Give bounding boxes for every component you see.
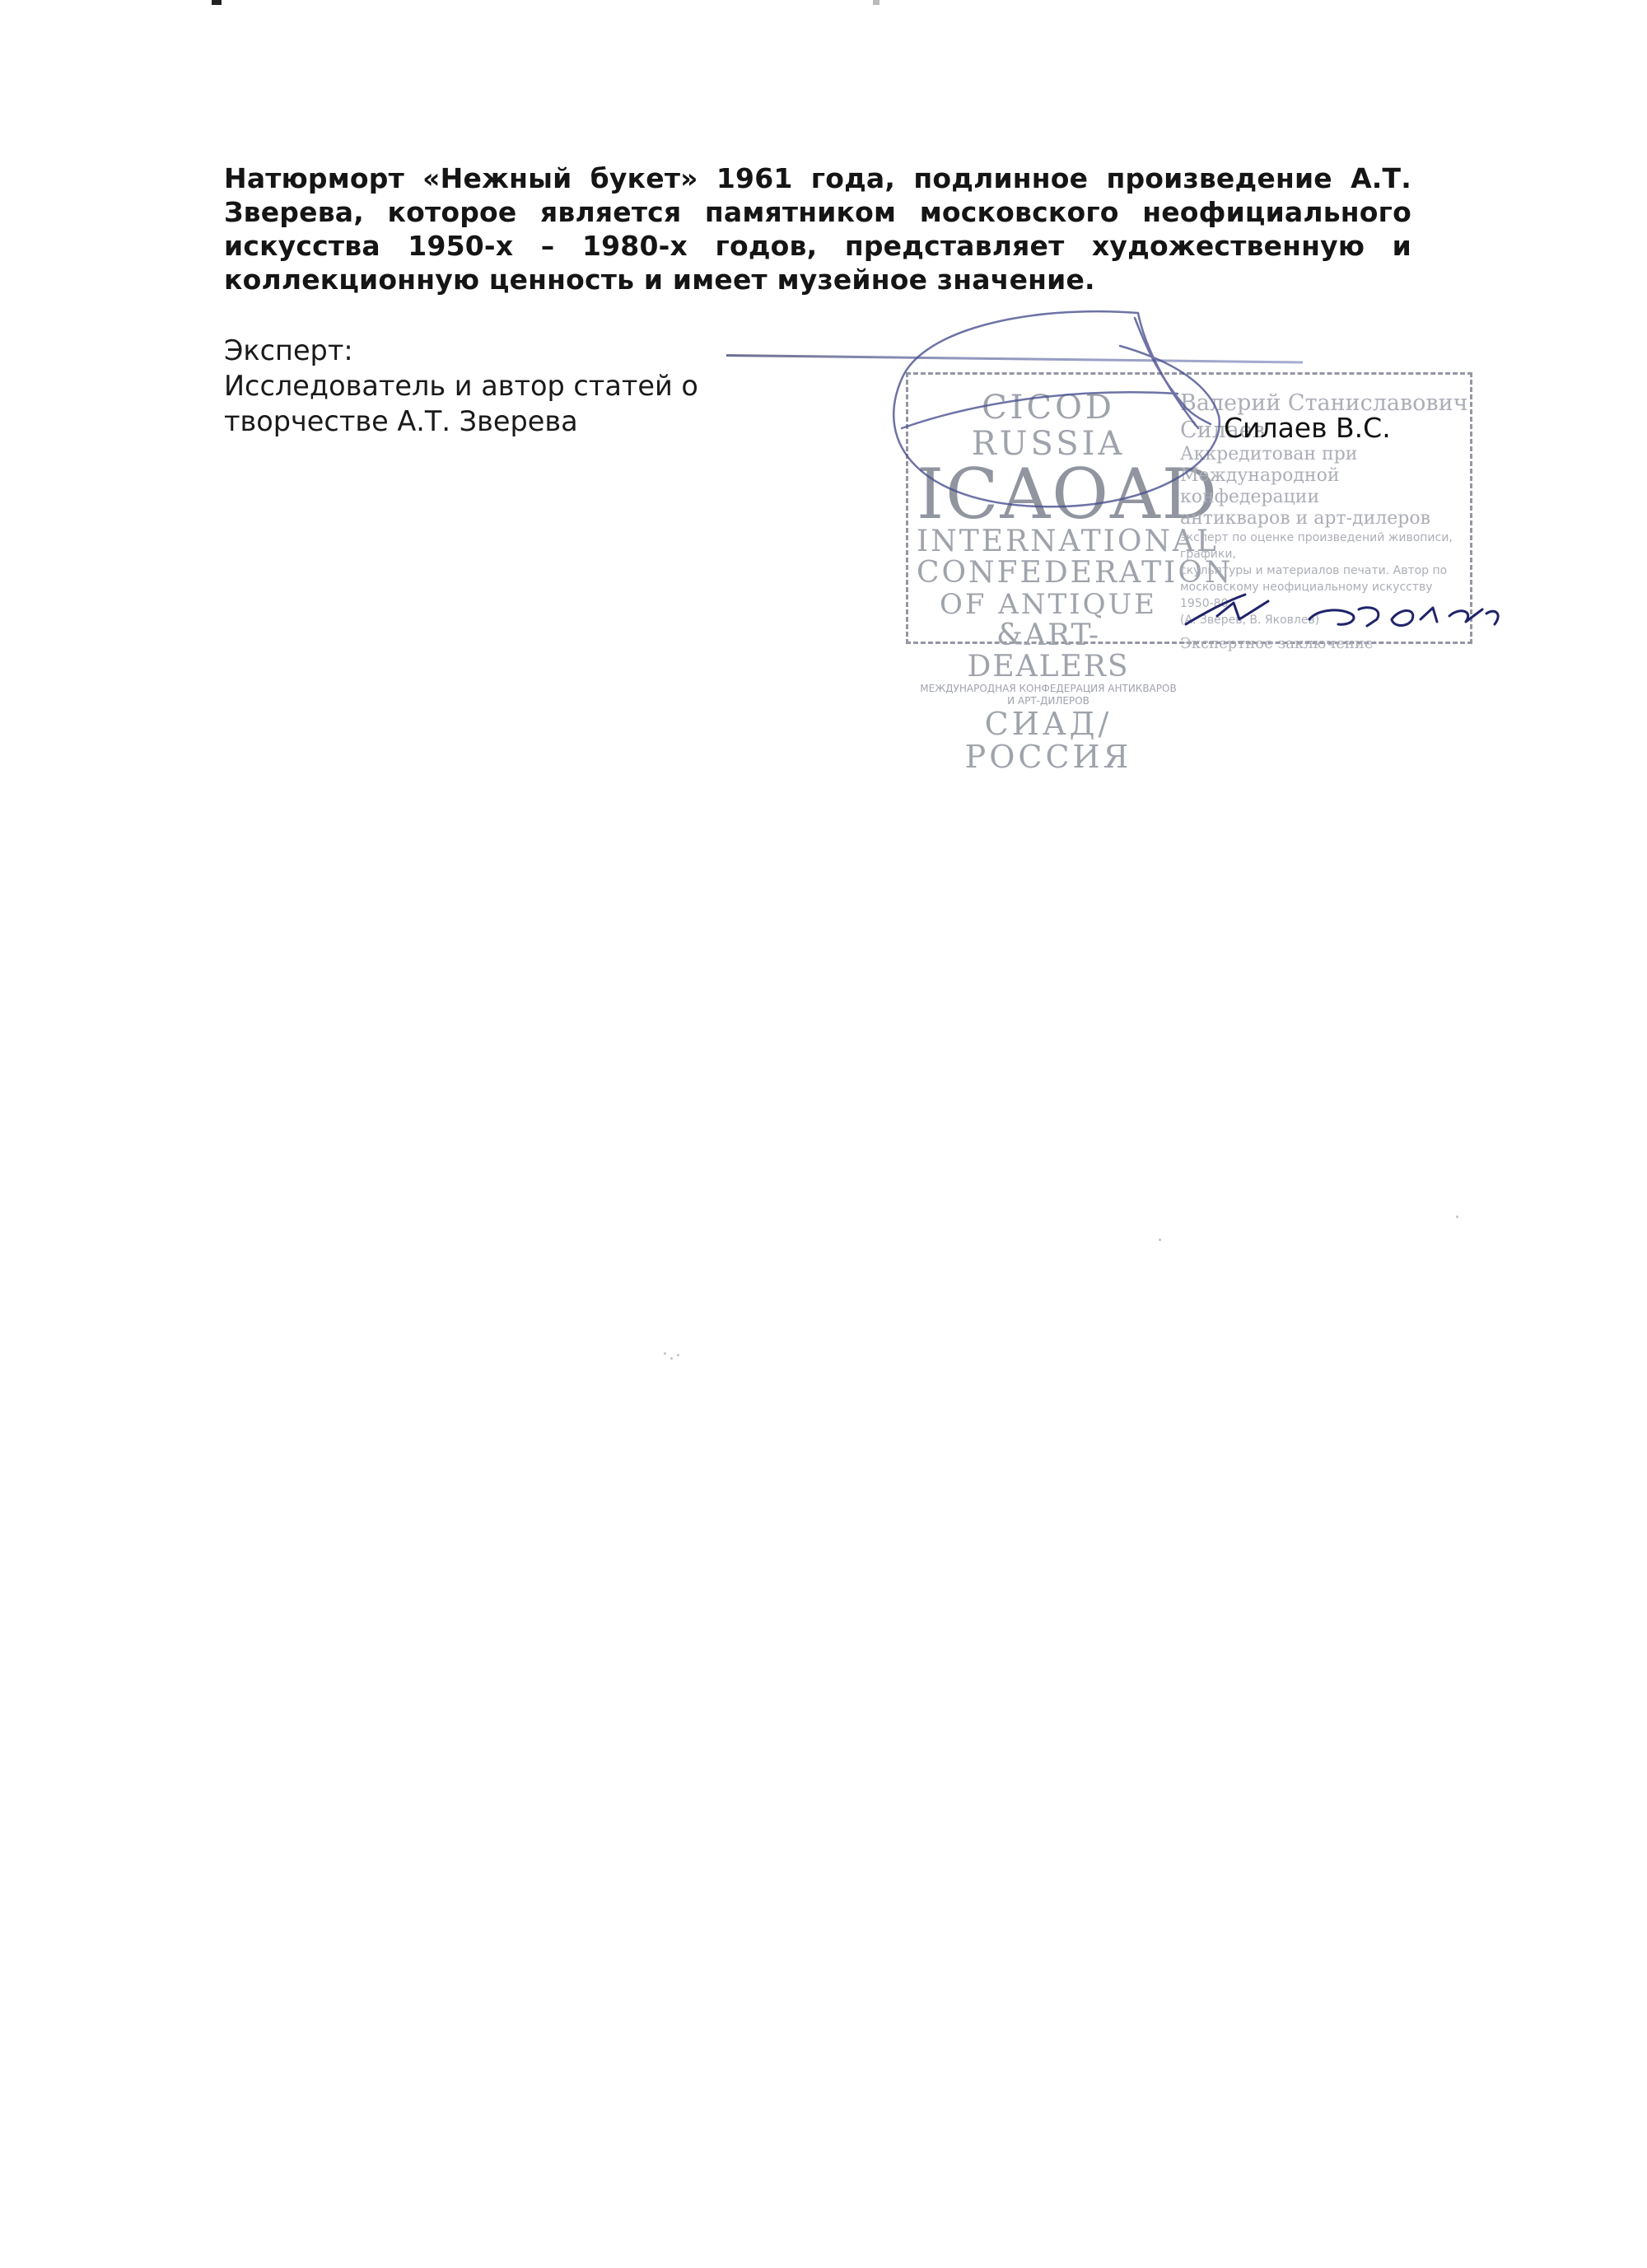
- stamp-small-text: московскому неофициальному искусству 195…: [1180, 579, 1468, 612]
- stamp-small-text: (А. Зверев, В. Яковлев): [1180, 612, 1468, 628]
- stamp-line: CICOD RUSSIA: [917, 390, 1180, 462]
- expert-conclusion-paragraph: Натюрморт «Нежный букет» 1961 года, подл…: [224, 161, 1411, 296]
- expert-title-line-2: творчестве А.Т. Зверева: [224, 404, 698, 439]
- scan-speck: [664, 1352, 666, 1355]
- stamp-logo-block: CICOD RUSSIA ICAOAD INTERNATIONAL CONFED…: [917, 390, 1180, 773]
- stamp-accreditation: Аккредитован при: [1180, 444, 1468, 465]
- expert-title-line-1: Исследователь и автор статей о: [224, 368, 698, 404]
- stamp-small-text: эксперт по оценке произведений живописи,…: [1180, 530, 1468, 562]
- scan-edge-mark: [873, 0, 879, 5]
- stamp-line: МЕЖДУНАРОДНАЯ КОНФЕДЕРАЦИЯ АНТИКВАРОВ И …: [917, 683, 1180, 707]
- stamp-line: OF ANTIQUE: [917, 589, 1180, 620]
- expert-typed-name: Силаев В.С.: [1224, 412, 1391, 444]
- stamp-line: CONFEDERATION: [917, 558, 1180, 589]
- scan-speck: [1456, 1216, 1458, 1218]
- stamp-small-text: скульптуры и материалов печати. Автор по: [1180, 562, 1468, 579]
- stamp-accreditation: антикваров и арт-дилеров: [1180, 508, 1468, 530]
- stamp-expertise-label: Экспертное заключение: [1180, 633, 1468, 655]
- expert-signature-block: Эксперт: Исследователь и автор статей о …: [224, 333, 698, 439]
- expert-label: Эксперт:: [224, 333, 698, 368]
- scan-speck: [670, 1357, 673, 1360]
- stamp-line: INTERNATIONAL: [917, 526, 1180, 558]
- scan-speck: [1159, 1239, 1161, 1241]
- scan-speck: [677, 1354, 679, 1356]
- stamp-accreditation: Международной конфедерации: [1180, 465, 1468, 508]
- stamp-line: ICAOAD: [917, 462, 1180, 526]
- signature-line: [726, 354, 1303, 364]
- scan-edge-mark: [212, 0, 222, 5]
- stamp-line: СИАД/РОССИЯ: [917, 707, 1180, 773]
- stamp-line: &ART-DEALERS: [917, 620, 1180, 683]
